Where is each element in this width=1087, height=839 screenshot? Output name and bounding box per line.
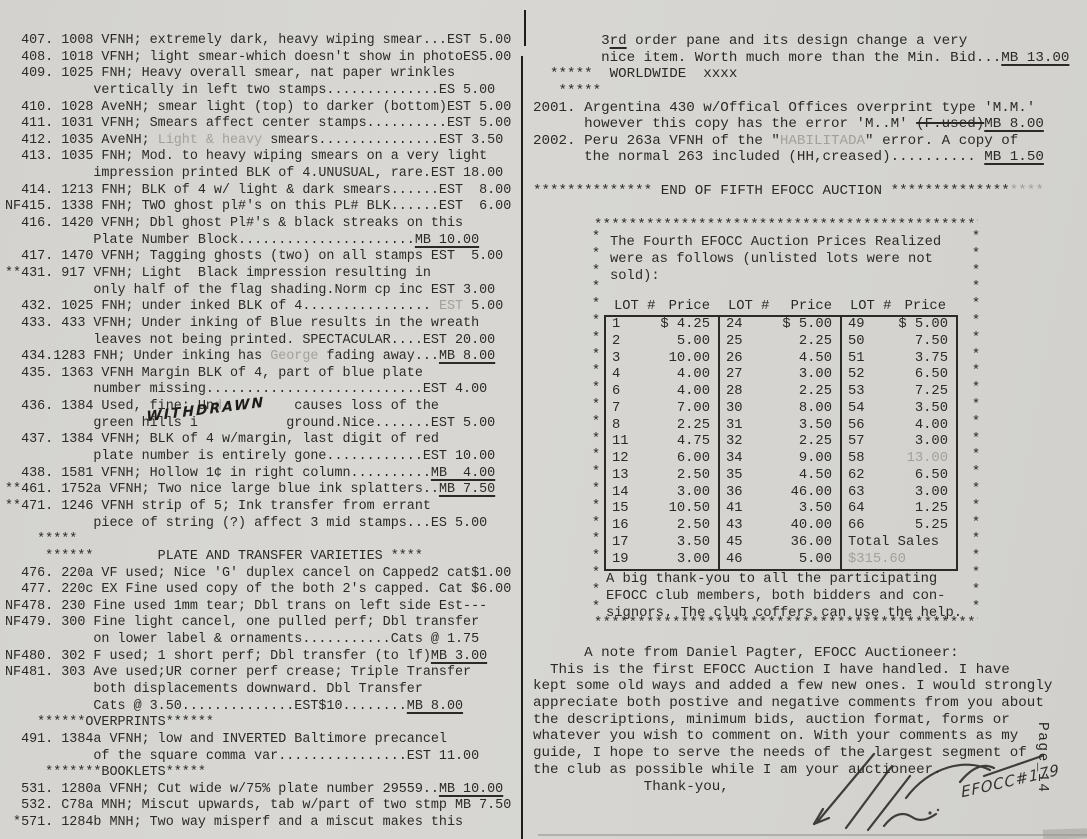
text-line: 532. C78a MNH; Miscut upwards, tab w/par… bbox=[5, 798, 511, 815]
price-group: 24$ 5.00252.25264.50273.00282.25308.0031… bbox=[718, 317, 840, 569]
lot-cell: 56 bbox=[848, 418, 865, 435]
price-row: 308.00 bbox=[720, 401, 840, 418]
asterisk-border-bottom: ****************************************… bbox=[594, 616, 978, 631]
lot-cell: 66 bbox=[848, 518, 865, 535]
lot-cell: 53 bbox=[848, 384, 865, 401]
lot-cell: 11 bbox=[612, 434, 629, 451]
scan-corner-shadow bbox=[1043, 828, 1087, 839]
price-cell: 3.50 bbox=[677, 535, 710, 552]
price-cell: 6.50 bbox=[915, 468, 948, 485]
lot-header: LOT # bbox=[614, 299, 655, 314]
price-row: 49$ 5.00 bbox=[842, 317, 956, 334]
lot-cell: 45 bbox=[726, 535, 743, 552]
text-line: 438. 1581 VFNH; Hollow 1¢ in right colum… bbox=[5, 466, 511, 483]
lot-cell: 28 bbox=[726, 384, 743, 401]
lot-cell: 24 bbox=[726, 317, 743, 334]
prices-table-header: LOT #PriceLOT #PriceLOT #Price bbox=[606, 299, 956, 314]
text-line: leaves not being printed. SPECTACULAR...… bbox=[5, 333, 511, 350]
text-line: impression printed BLK of 4.UNUSUAL, rar… bbox=[5, 166, 511, 183]
price-row: 132.50 bbox=[606, 468, 718, 485]
lot-cell: 1 bbox=[612, 317, 620, 334]
text-line: **471. 1246 VFNH strip of 5; Ink transfe… bbox=[5, 499, 511, 516]
price-row: 25.00 bbox=[606, 334, 718, 351]
text-line: 412. 1035 AveNH; Light & heavy smears...… bbox=[5, 133, 511, 150]
text-line: green hills i ground.Nice.......EST 5.00 bbox=[5, 416, 511, 433]
text-line: 437. 1384 VFNH; BLK of 4 w/margin, last … bbox=[5, 432, 511, 449]
price-row: 413.50 bbox=[720, 501, 840, 518]
price-row: 526.50 bbox=[842, 367, 956, 384]
lot-cell: 64 bbox=[848, 501, 865, 518]
text-line: ***** bbox=[533, 83, 1069, 100]
price-row: 126.00 bbox=[606, 451, 718, 468]
lot-cell: 31 bbox=[726, 418, 743, 435]
price-cell: 2.25 bbox=[799, 384, 832, 401]
price-row: 4340.00 bbox=[720, 518, 840, 535]
lot-cell: 41 bbox=[726, 501, 743, 518]
price-row: 537.25 bbox=[842, 384, 956, 401]
price-row: 193.00 bbox=[606, 552, 718, 569]
text-line: 409. 1025 FNH; Heavy overall smear, nat … bbox=[5, 66, 511, 83]
text-line: 417. 1470 VFNH; Tagging ghosts (two) on … bbox=[5, 249, 511, 266]
price-cell: 36.00 bbox=[791, 535, 832, 552]
price-row: 162.50 bbox=[606, 518, 718, 535]
text-line: 531. 1280a VFNH; Cut wide w/75% plate nu… bbox=[5, 782, 511, 799]
lot-cell: 2 bbox=[612, 334, 620, 351]
price-row: 264.50 bbox=[720, 351, 840, 368]
price-cell: 5.25 bbox=[915, 518, 948, 535]
text-line: The Fourth EFOCC Auction Prices Realized bbox=[610, 235, 941, 252]
price-cell: $ 5.00 bbox=[898, 317, 948, 334]
price-row: 641.25 bbox=[842, 501, 956, 518]
price-row: 4536.00 bbox=[720, 535, 840, 552]
prices-table: 1$ 4.2525.00310.0044.0064.0077.0082.2511… bbox=[604, 315, 958, 571]
text-line: NF478. 230 Fine used 1mm tear; Dbl trans… bbox=[5, 599, 511, 616]
price-row: 313.50 bbox=[720, 418, 840, 435]
lot-cell: 35 bbox=[726, 468, 743, 485]
price-cell: 3.00 bbox=[915, 485, 948, 502]
price-row: $315.60 bbox=[842, 552, 956, 569]
text-line: however this copy has the error 'M..M' (… bbox=[533, 116, 1069, 133]
text-line: 2002. Peru 263a VFNH of the "HABILITADA"… bbox=[533, 133, 1069, 150]
lot-cell: 12 bbox=[612, 451, 629, 468]
price-col-header: LOT #Price bbox=[720, 299, 842, 314]
lot-cell: 36 bbox=[726, 485, 743, 502]
lot-cell: 34 bbox=[726, 451, 743, 468]
text-line: 413. 1035 FNH; Mod. to heavy wiping smea… bbox=[5, 149, 511, 166]
lot-cell: 54 bbox=[848, 401, 865, 418]
lot-cell: 43 bbox=[726, 518, 743, 535]
lot-cell: 49 bbox=[848, 317, 865, 334]
price-cell: 2.25 bbox=[799, 434, 832, 451]
text-line: plate number is entirely gone...........… bbox=[5, 449, 511, 466]
price-row: 310.00 bbox=[606, 351, 718, 368]
text-line: were as follows (unlisted lots were not bbox=[610, 252, 941, 269]
price-row: Total Sales bbox=[842, 535, 956, 552]
text-line: on lower label & ornaments...........Cat… bbox=[5, 632, 511, 649]
text-line: EFOCC club members, both bidders and con… bbox=[606, 589, 962, 606]
price-row: 44.00 bbox=[606, 367, 718, 384]
price-row: 1$ 4.25 bbox=[606, 317, 718, 334]
text-line: ****** PLATE AND TRANSFER VARIETIES **** bbox=[5, 549, 511, 566]
price-row: 252.25 bbox=[720, 334, 840, 351]
text-line: both displacements downward. Dbl Transfe… bbox=[5, 682, 511, 699]
lot-cell: 13 bbox=[612, 468, 629, 485]
price-cell: 4.00 bbox=[915, 418, 948, 435]
asterisk-border-right: * * * * * * * * * * * * * * * * * * * * … bbox=[970, 230, 982, 616]
lot-header: LOT # bbox=[728, 299, 769, 314]
page-number: Page_14 bbox=[1034, 722, 1050, 793]
thank-you-text: A big thank-you to all the participating… bbox=[606, 572, 962, 622]
text-line: 407. 1008 VFNH; extremely dark, heavy wi… bbox=[5, 33, 511, 50]
lot-cell: 16 bbox=[612, 518, 629, 535]
price-row: 5813.00 bbox=[842, 451, 956, 468]
price-cell: $ 4.25 bbox=[660, 317, 710, 334]
price-cell: 10.00 bbox=[669, 351, 710, 368]
price-row: 513.75 bbox=[842, 351, 956, 368]
text-line: ******OVERPRINTS****** bbox=[5, 715, 511, 732]
text-line: the descriptions, minimum bids, auction … bbox=[533, 712, 1052, 729]
text-line: A big thank-you to all the participating bbox=[606, 572, 962, 589]
price-group: 1$ 4.2525.00310.0044.0064.0077.0082.2511… bbox=[606, 317, 718, 569]
text-line: 432. 1025 FNH; under inked BLK of 4.....… bbox=[5, 299, 511, 316]
price-row: 665.25 bbox=[842, 518, 956, 535]
price-row: 626.50 bbox=[842, 468, 956, 485]
text-line: *571. 1284b MNH; Two way misperf and a m… bbox=[5, 815, 511, 832]
text-line: ************** END OF FIFTH EFOCC AUCTIO… bbox=[533, 183, 1069, 200]
price-cell: 2.25 bbox=[799, 334, 832, 351]
price-row: 82.25 bbox=[606, 418, 718, 435]
price-cell: 3.00 bbox=[677, 485, 710, 502]
right-column: 3rd order pane and its design change a v… bbox=[533, 33, 1069, 199]
price-row: 3646.00 bbox=[720, 485, 840, 502]
price-cell: 3.00 bbox=[799, 367, 832, 384]
text-line: 414. 1213 FNH; BLK of 4 w/ light & dark … bbox=[5, 183, 511, 200]
price-row: 143.00 bbox=[606, 485, 718, 502]
price-header: Price bbox=[669, 299, 710, 314]
price-row: 173.50 bbox=[606, 535, 718, 552]
price-cell: 9.00 bbox=[799, 451, 832, 468]
lot-cell: 17 bbox=[612, 535, 629, 552]
price-col-header: LOT #Price bbox=[842, 299, 956, 314]
lot-cell: 27 bbox=[726, 367, 743, 384]
text-line bbox=[533, 166, 1069, 183]
lot-cell: 58 bbox=[848, 451, 865, 468]
price-cell: 13.00 bbox=[907, 451, 948, 468]
lot-cell: 46 bbox=[726, 552, 743, 569]
price-row: 633.00 bbox=[842, 485, 956, 502]
text-line: ***** bbox=[5, 532, 511, 549]
text-line: **461. 1752a VFNH; Two nice large blue i… bbox=[5, 482, 511, 499]
text-line: 433. 433 VFNH; Under inking of Blue resu… bbox=[5, 316, 511, 333]
text-line: only half of the flag shading.Norm cp in… bbox=[5, 283, 511, 300]
price-row: 64.00 bbox=[606, 384, 718, 401]
price-cell: 2.50 bbox=[677, 468, 710, 485]
lot-cell: 8 bbox=[612, 418, 620, 435]
lot-cell: 25 bbox=[726, 334, 743, 351]
price-cell: 10.50 bbox=[669, 501, 710, 518]
price-group: 49$ 5.00507.50513.75526.50537.25543.5056… bbox=[840, 317, 956, 569]
price-cell: 2.25 bbox=[677, 418, 710, 435]
text-line: 477. 220c EX Fine used copy of the both … bbox=[5, 582, 511, 599]
table-footer-cell: Total Sales bbox=[848, 535, 948, 552]
price-row: 564.00 bbox=[842, 418, 956, 435]
text-line: NF415. 1338 FNH; TWO ghost pl#'s on this… bbox=[5, 199, 511, 216]
price-row: 114.75 bbox=[606, 434, 718, 451]
price-cell: 4.75 bbox=[677, 434, 710, 451]
price-header: Price bbox=[905, 299, 946, 314]
price-cell: 6.00 bbox=[677, 451, 710, 468]
text-line: NF479. 300 Fine light cancel, one pulled… bbox=[5, 615, 511, 632]
lot-cell: 15 bbox=[612, 501, 629, 518]
price-row: 354.50 bbox=[720, 468, 840, 485]
price-cell: 3.00 bbox=[915, 434, 948, 451]
price-row: 543.50 bbox=[842, 401, 956, 418]
price-cell: 3.50 bbox=[799, 418, 832, 435]
lot-header: LOT # bbox=[850, 299, 891, 314]
price-cell: 4.00 bbox=[677, 384, 710, 401]
lot-cell: 4 bbox=[612, 367, 620, 384]
asterisk-border-top: ****************************************… bbox=[594, 218, 978, 233]
text-line: Cats @ 3.50..............EST$10........M… bbox=[5, 699, 511, 716]
lot-cell: 7 bbox=[612, 401, 620, 418]
text-line: 491. 1384a VFNH; low and INVERTED Baltim… bbox=[5, 732, 511, 749]
text-line: the normal 263 included (HH,creased)....… bbox=[533, 149, 1069, 166]
lot-cell: 19 bbox=[612, 552, 629, 569]
page-fold-divider-top bbox=[524, 10, 526, 46]
price-row: 282.25 bbox=[720, 384, 840, 401]
price-cell: $ 5.00 bbox=[782, 317, 832, 334]
price-cell: 7.00 bbox=[677, 401, 710, 418]
lot-cell: 57 bbox=[848, 434, 865, 451]
price-cell: 4.00 bbox=[677, 367, 710, 384]
text-line: 476. 220a VF used; Nice 'G' duplex cance… bbox=[5, 566, 511, 583]
price-row: 24$ 5.00 bbox=[720, 317, 840, 334]
price-cell: 1.25 bbox=[915, 501, 948, 518]
price-cell: 5.00 bbox=[677, 334, 710, 351]
price-cell: 7.25 bbox=[915, 384, 948, 401]
scan-edge bbox=[538, 834, 1087, 836]
price-cell: 2.50 bbox=[677, 518, 710, 535]
price-row: 77.00 bbox=[606, 401, 718, 418]
asterisk-border-left: * * * * * * * * * * * * * * * * * * * * … bbox=[590, 230, 602, 616]
text-line: vertically in left two stamps...........… bbox=[5, 83, 511, 100]
price-row: 349.00 bbox=[720, 451, 840, 468]
price-cell: 3.50 bbox=[799, 501, 832, 518]
price-col-header: LOT #Price bbox=[606, 299, 720, 314]
lot-cell: 63 bbox=[848, 485, 865, 502]
text-line: This is the first EFOCC Auction I have h… bbox=[533, 662, 1052, 679]
text-line: 411. 1031 VFNH; Smears affect center sta… bbox=[5, 116, 511, 133]
price-cell: 3.75 bbox=[915, 351, 948, 368]
left-column: 407. 1008 VFNH; extremely dark, heavy wi… bbox=[5, 33, 511, 832]
price-cell: 8.00 bbox=[799, 401, 832, 418]
text-line: NF480. 302 F used; 1 short perf; Dbl tra… bbox=[5, 649, 511, 666]
prices-realized-box: ****************************************… bbox=[592, 220, 980, 632]
price-header: Price bbox=[791, 299, 832, 314]
text-line: NF481. 303 Ave used;UR corner perf creas… bbox=[5, 665, 511, 682]
price-row: 573.00 bbox=[842, 434, 956, 451]
text-line: appreciate both postive and negative com… bbox=[533, 695, 1052, 712]
price-cell: 46.00 bbox=[791, 485, 832, 502]
price-row: 507.50 bbox=[842, 334, 956, 351]
text-line: Plate Number Block......................… bbox=[5, 233, 511, 250]
text-line: 410. 1028 AveNH; smear light (top) to da… bbox=[5, 100, 511, 117]
lot-cell: 3 bbox=[612, 351, 620, 368]
lot-cell: 50 bbox=[848, 334, 865, 351]
text-line: 416. 1420 VFNH; Dbl ghost Pl#'s & black … bbox=[5, 216, 511, 233]
text-line: sold): bbox=[610, 269, 941, 286]
price-cell: 4.50 bbox=[799, 351, 832, 368]
lot-cell: 6 bbox=[612, 384, 620, 401]
price-row: 273.00 bbox=[720, 367, 840, 384]
scanned-page: 407. 1008 VFNH; extremely dark, heavy wi… bbox=[0, 0, 1087, 839]
price-row: 322.25 bbox=[720, 434, 840, 451]
lot-cell: 52 bbox=[848, 367, 865, 384]
prices-box-intro: The Fourth EFOCC Auction Prices Realized… bbox=[610, 235, 941, 285]
text-line: A note from Daniel Pagter, EFOCC Auction… bbox=[533, 645, 1052, 662]
price-cell: 3.50 bbox=[915, 401, 948, 418]
text-line: *******BOOKLETS***** bbox=[5, 765, 511, 782]
text-line: 408. 1018 VFNH; light smear-which doesn'… bbox=[5, 50, 511, 67]
text-line: ***** WORLDWIDE xxxx bbox=[533, 66, 1069, 83]
text-line: **431. 917 VFNH; Light Black impression … bbox=[5, 266, 511, 283]
text-line: of the square comma var................E… bbox=[5, 749, 511, 766]
price-cell: 6.50 bbox=[915, 367, 948, 384]
price-cell: 5.00 bbox=[799, 552, 832, 569]
price-cell: 40.00 bbox=[791, 518, 832, 535]
lot-cell: 26 bbox=[726, 351, 743, 368]
lot-cell: 32 bbox=[726, 434, 743, 451]
price-cell: 7.50 bbox=[915, 334, 948, 351]
price-row: 1510.50 bbox=[606, 501, 718, 518]
lot-cell: 30 bbox=[726, 401, 743, 418]
price-row: 465.00 bbox=[720, 552, 840, 569]
page-fold-divider bbox=[521, 56, 523, 839]
price-cell: 4.50 bbox=[799, 468, 832, 485]
text-line: 2001. Argentina 430 w/Offical Offices ov… bbox=[533, 100, 1069, 117]
text-line: 434.1283 FNH; Under inking has George fa… bbox=[5, 349, 511, 366]
text-line: 3rd order pane and its design change a v… bbox=[533, 33, 1069, 50]
text-line: kept some old ways and added a few new o… bbox=[533, 678, 1052, 695]
lot-cell: 62 bbox=[848, 468, 865, 485]
text-line: piece of string (?) affect 3 mid stamps.… bbox=[5, 516, 511, 533]
table-footer-cell: $315.60 bbox=[848, 552, 948, 569]
text-line: 435. 1363 VFNH Margin BLK of 4, part of … bbox=[5, 366, 511, 383]
text-line: nice item. Worth much more than the Min.… bbox=[533, 50, 1069, 67]
lot-cell: 51 bbox=[848, 351, 865, 368]
lot-cell: 14 bbox=[612, 485, 629, 502]
price-cell: 3.00 bbox=[677, 552, 710, 569]
